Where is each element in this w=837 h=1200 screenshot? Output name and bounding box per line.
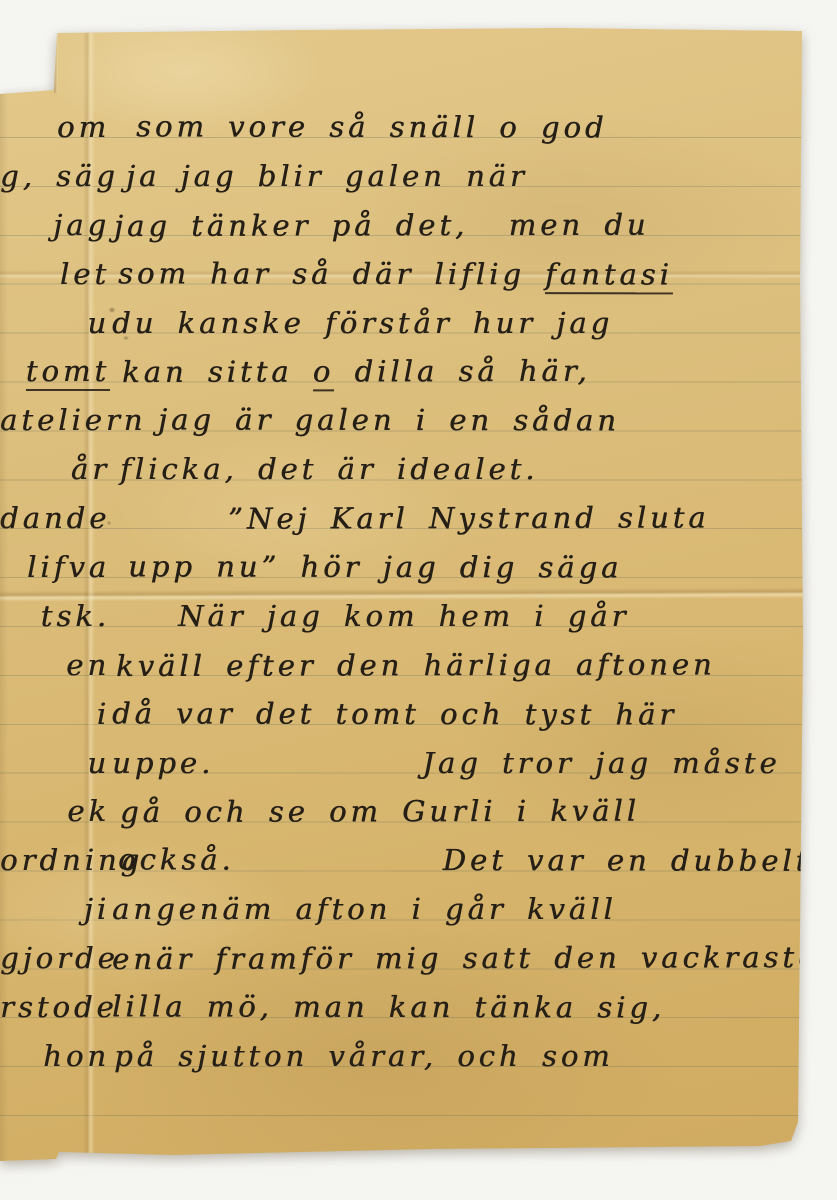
handwritten-line: kan sitta o dilla så här, <box>112 347 819 398</box>
text-segment: om <box>57 110 110 144</box>
fragment-line: gjorde <box>0 934 110 983</box>
fold-tear-edge <box>54 33 58 93</box>
text-segment: När jag kom hem i går <box>178 599 629 633</box>
text-segment: jag <box>53 208 110 242</box>
handwritten-line: När jag kom hem i går <box>112 592 819 641</box>
text-segment: flicka, det är idealet. <box>120 452 538 486</box>
text-segment: jag är galen i en sådan <box>158 403 620 438</box>
scanned-letter-image: omg, sägjagletutomtateliernårdandelifvat… <box>0 0 837 1200</box>
text-segment: kväll efter den härliga aftonen <box>116 647 716 683</box>
text-segment: du kanske förstår hur jag <box>112 306 613 340</box>
handwritten-line: på sjutton vårar, och som <box>112 1032 819 1081</box>
underlined-word: tomt <box>26 354 110 391</box>
handwritten-line: som vore så snäll o god <box>112 102 819 152</box>
text-segment: hon <box>43 1039 110 1073</box>
text-segment: kan sitta <box>122 355 313 389</box>
fragment-line: jag <box>0 201 110 250</box>
text-segment: lifva <box>27 550 110 584</box>
text-segment: uppe. <box>112 746 214 780</box>
handwritten-line: ”Nej Karl Nystrand sluta <box>112 493 819 544</box>
text-segment: lilla mö, man kan tänka sig, <box>112 989 665 1024</box>
fragment-line: u <box>0 739 110 788</box>
text-segment: som vore så snäll o god <box>136 109 607 144</box>
text-segment: enär framför mig satt den vackraste <box>112 940 819 976</box>
text-segment: tsk. <box>41 599 110 633</box>
paper-shadow-wrap: omg, sägjagletutomtateliernårdandelifvat… <box>0 0 837 1200</box>
fragment-line: år <box>0 445 110 494</box>
text-segment: jag tänker på det, men du <box>114 207 649 242</box>
text-segment: rstode <box>0 990 118 1024</box>
handwritten-line: då var det tomt och tyst här <box>112 689 819 739</box>
handwritten-line: uppe.Jag tror jag måste <box>112 739 819 788</box>
text-segment: ”Nej Karl Nystrand sluta <box>228 500 710 535</box>
fragment-line: en <box>0 641 110 690</box>
text-segment: upp nu” hör jag dig säga <box>128 549 622 584</box>
handwritten-line: kväll efter den härliga aftonen <box>112 640 819 691</box>
text-segment: på sjutton vårar, och som <box>114 1039 614 1073</box>
handwritten-line: gå och se om Gurli i kväll <box>112 787 819 838</box>
handwritten-line: ja jag blir galen när <box>112 152 819 201</box>
fragment-line: let <box>0 250 110 299</box>
text-segment: som har så där liflig <box>118 256 545 291</box>
text-segment: dilla så här, <box>334 354 590 389</box>
handwritten-line: lilla mö, man kan tänka sig, <box>112 982 819 1032</box>
handwritten-line: jag tänker på det, men du <box>112 200 819 251</box>
fragment-line: tsk. <box>0 592 110 641</box>
fragment-line: hon <box>0 1032 110 1081</box>
fragment-line: ordning <box>0 836 110 885</box>
text-segment: i <box>97 697 110 731</box>
fragment-line: ji <box>0 885 110 934</box>
fragment-line: rstode <box>0 983 110 1032</box>
fragment-line: i <box>0 690 110 739</box>
handwritten-line: jag är galen i en sådan <box>112 396 819 446</box>
text-segment: ji <box>84 892 110 926</box>
fragment-line: dande <box>0 494 110 543</box>
text-segment: angenäm afton i går kväll <box>112 892 617 926</box>
fragment-line: tomt <box>0 347 110 396</box>
text-segment: en <box>66 648 110 682</box>
fragment-line: ek <box>0 787 110 836</box>
handwritten-line: du kanske förstår hur jag <box>112 299 819 348</box>
text-segment: ja jag blir galen när <box>126 159 528 193</box>
handwritten-line: angenäm afton i går kväll <box>112 885 819 934</box>
text-segment: då var det tomt och tyst här <box>112 696 677 731</box>
fragment-line: lifva <box>0 543 110 592</box>
fragment-line: u <box>0 299 110 348</box>
text-segment: dande <box>0 501 110 535</box>
text-segment: Det var en dubbelt <box>443 843 812 878</box>
handwritten-line: upp nu” hör jag dig säga <box>112 542 819 592</box>
text-segment: gjorde <box>0 941 119 975</box>
text-segment: g, säg <box>0 159 119 193</box>
text-segment: Jag tror jag måste <box>422 746 780 780</box>
underlined-word: fantasi <box>545 257 673 294</box>
handwritten-line: också.Det var en dubbelt <box>112 836 819 886</box>
text-segment: ek <box>67 794 110 828</box>
letter-body-text: som vore så snäll o godja jag blir galen… <box>112 103 819 1081</box>
fragment-line: g, säg <box>0 152 110 201</box>
text-segment: gå och se om Gurli i kväll <box>120 794 640 829</box>
text-segment: u <box>87 746 110 780</box>
text-segment: u <box>87 306 110 340</box>
fragment-line: om <box>0 103 110 152</box>
underlined-word: o <box>313 355 335 392</box>
handwritten-line: flicka, det är idealet. <box>112 445 819 494</box>
fragment-line: ateliern <box>0 396 110 445</box>
handwritten-line: enär framför mig satt den vackraste <box>112 933 819 984</box>
text-segment: år <box>71 452 110 486</box>
text-segment: let <box>60 257 110 291</box>
text-segment: också. <box>118 843 235 877</box>
facing-page-line-endings: omg, sägjagletutomtateliernårdandelifvat… <box>0 103 110 1081</box>
handwritten-line: som har så där liflig fantasi <box>112 249 819 299</box>
letter-page: omg, sägjagletutomtateliernårdandelifvat… <box>0 0 837 1200</box>
